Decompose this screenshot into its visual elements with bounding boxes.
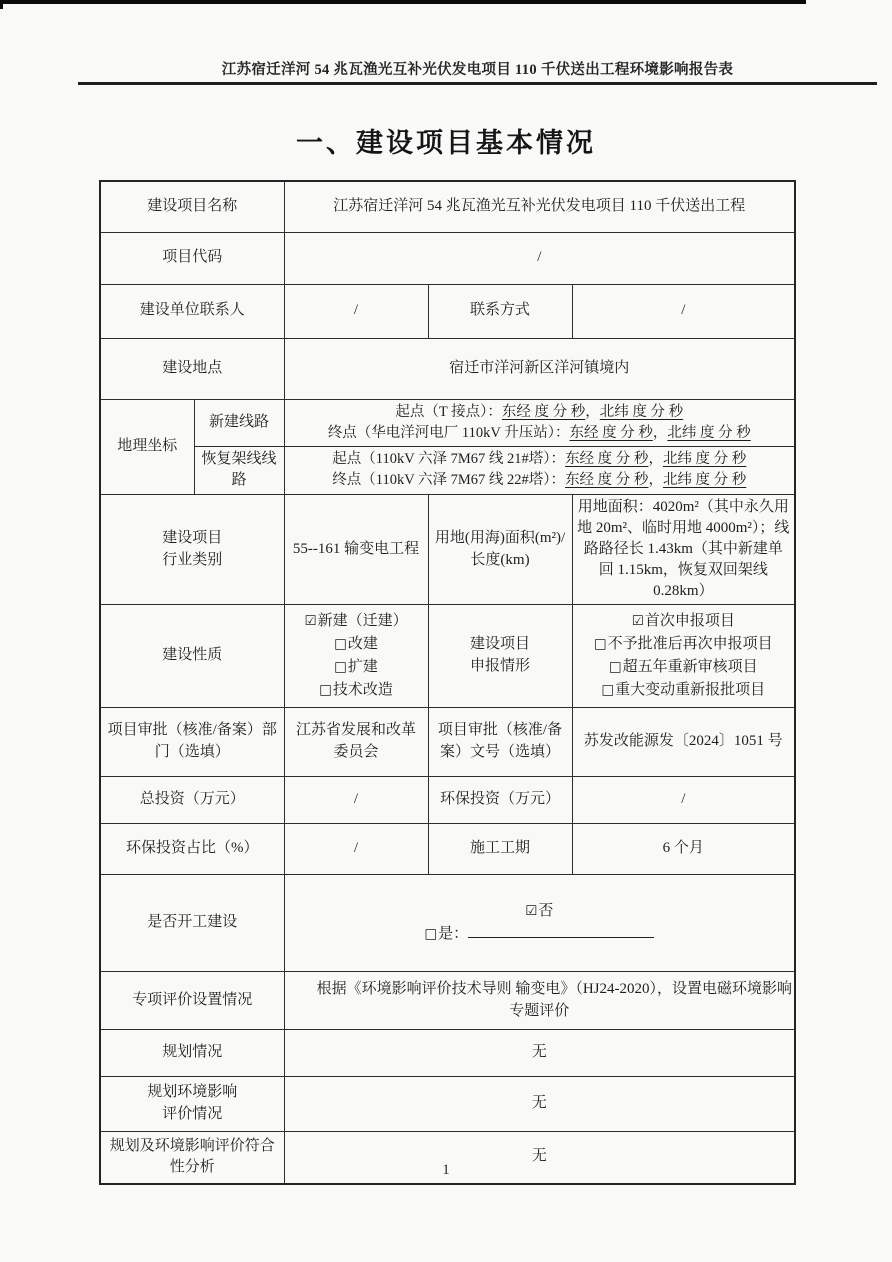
geo-newline-value: 起点（T 接点）：东经 度 分 秒，北纬 度 分 秒 终点（华电洋河电厂 110… <box>284 399 795 446</box>
env-investment-label: 环保投资（万元） <box>428 777 572 824</box>
geo-line: 起点（110kV 六泽 7M67 线 21#塔）：东经 度 分 秒，北纬 度 分… <box>291 449 789 470</box>
construction-period-value: 6 个月 <box>572 824 795 875</box>
option-expand: □扩建 <box>291 656 422 679</box>
row-geo-new-line: 地理坐标 新建线路 起点（T 接点）：东经 度 分 秒，北纬 度 分 秒 终点（… <box>100 399 795 446</box>
row-special-eval: 专项评价设置情况 根据《环境影响评价技术导则 输变电》（HJ24-2020），设… <box>100 972 795 1030</box>
land-area-value: 用地面积：4020m²（其中永久用地 20m²、临时用地 4000m²）；线路路… <box>572 495 795 605</box>
checkbox-unchecked-icon: □ <box>609 659 622 675</box>
special-eval-label: 专项评价设置情况 <box>100 972 284 1030</box>
option-tech-upgrade: □技术改造 <box>291 679 422 702</box>
project-code-value: / <box>284 232 795 284</box>
declare-options: ☑首次申报项目 □不予批准后再次申报项目 □超五年重新审核项目 □重大变动重新报… <box>572 605 795 708</box>
option-five-year: □超五年重新审核项目 <box>576 656 792 679</box>
row-geo-restore-line: 恢复架线线路 起点（110kV 六泽 7M67 线 21#塔）：东经 度 分 秒… <box>100 446 795 495</box>
option-first-declare: ☑首次申报项目 <box>576 610 792 633</box>
location-value: 宿迁市洋河新区洋河镇境内 <box>284 338 795 399</box>
row-contact: 建设单位联系人 / 联系方式 / <box>100 284 795 338</box>
option-new-build: ☑新建（迁建） <box>291 610 422 633</box>
approval-doc-label: 项目审批（核准/备案）文号（选填） <box>428 708 572 777</box>
total-investment-label: 总投资（万元） <box>100 777 284 824</box>
geo-newline-label: 新建线路 <box>194 399 284 446</box>
land-area-label: 用地(用海)面积(m²)/ 长度(km) <box>428 495 572 605</box>
geo-line: 终点（华电洋河电厂 110kV 升压站）：东经 度 分 秒，北纬 度 分 秒 <box>291 423 789 444</box>
geo-label: 地理坐标 <box>100 399 194 495</box>
industry-value: 55--161 输变电工程 <box>284 495 428 605</box>
checkbox-checked-icon: ☑ <box>304 613 316 629</box>
env-investment-value: / <box>572 777 795 824</box>
contact-person-value: / <box>284 284 428 338</box>
approval-dept-value: 江苏省发展和改革委员会 <box>284 708 428 777</box>
contact-method-label: 联系方式 <box>428 284 572 338</box>
checkbox-unchecked-icon: □ <box>594 636 607 652</box>
construction-period-label: 施工工期 <box>428 824 572 875</box>
row-industry: 建设项目 行业类别 55--161 输变电工程 用地(用海)面积(m²)/ 长度… <box>100 495 795 605</box>
location-label: 建设地点 <box>100 338 284 399</box>
total-investment-value: / <box>284 777 428 824</box>
row-location: 建设地点 宿迁市洋河新区洋河镇境内 <box>100 338 795 399</box>
contact-method-value: / <box>572 284 795 338</box>
row-project-name: 建设项目名称 江苏宿迁洋河 54 兆瓦渔光互补光伏发电项目 110 千伏送出工程 <box>100 181 795 232</box>
option-redeclare: □不予批准后再次申报项目 <box>576 633 792 656</box>
scan-artifact-left <box>0 0 3 9</box>
project-name-value: 江苏宿迁洋河 54 兆瓦渔光互补光伏发电项目 110 千伏送出工程 <box>284 181 795 232</box>
geo-restore-label: 恢复架线线路 <box>194 446 284 495</box>
checkbox-unchecked-icon: □ <box>334 659 347 675</box>
row-planning-env: 规划环境影响 评价情况 无 <box>100 1077 795 1132</box>
header-rule <box>78 82 877 85</box>
option-not-started: ☑否 <box>291 901 789 923</box>
industry-label: 建设项目 行业类别 <box>100 495 284 605</box>
row-planning: 规划情况 无 <box>100 1030 795 1077</box>
row-project-code: 项目代码 / <box>100 232 795 284</box>
declare-label: 建设项目 申报情形 <box>428 605 572 708</box>
row-investment: 总投资（万元） / 环保投资（万元） / <box>100 777 795 824</box>
contact-person-label: 建设单位联系人 <box>100 284 284 338</box>
project-name-label: 建设项目名称 <box>100 181 284 232</box>
planning-value: 无 <box>284 1030 795 1077</box>
document-header-title: 江苏宿迁洋河 54 兆瓦渔光互补光伏发电项目 110 千伏送出工程环境影响报告表 <box>78 58 877 79</box>
nature-options: ☑新建（迁建） □改建 □扩建 □技术改造 <box>284 605 428 708</box>
scan-artifact-top <box>0 0 806 4</box>
option-started: □是： <box>291 923 789 946</box>
planning-env-label: 规划环境影响 评价情况 <box>100 1077 284 1132</box>
checkbox-unchecked-icon: □ <box>319 682 332 698</box>
document-page: 江苏宿迁洋河 54 兆瓦渔光互补光伏发电项目 110 千伏送出工程环境影响报告表… <box>0 0 892 1262</box>
checkbox-checked-icon: ☑ <box>632 613 644 629</box>
option-rebuild: □改建 <box>291 633 422 656</box>
geo-line: 起点（T 接点）：东经 度 分 秒，北纬 度 分 秒 <box>291 402 789 423</box>
geo-restore-value: 起点（110kV 六泽 7M67 线 21#塔）：东经 度 分 秒，北纬 度 分… <box>284 446 795 495</box>
option-major-change: □重大变动重新报批项目 <box>576 679 792 702</box>
env-ratio-label: 环保投资占比（%） <box>100 824 284 875</box>
checkbox-unchecked-icon: □ <box>334 636 347 652</box>
checkbox-checked-icon: ☑ <box>525 903 537 919</box>
planning-label: 规划情况 <box>100 1030 284 1077</box>
geo-line: 终点（110kV 六泽 7M67 线 22#塔）：东经 度 分 秒，北纬 度 分… <box>291 470 789 491</box>
checkbox-unchecked-icon: □ <box>424 926 437 942</box>
checkbox-unchecked-icon: □ <box>601 682 614 698</box>
row-nature: 建设性质 ☑新建（迁建） □改建 □扩建 □技术改造 建设项目 申报情形 ☑首次… <box>100 605 795 708</box>
row-ratio: 环保投资占比（%） / 施工工期 6 个月 <box>100 824 795 875</box>
env-ratio-value: / <box>284 824 428 875</box>
row-approval: 项目审批（核准/备案）部门（选填） 江苏省发展和改革委员会 项目审批（核准/备案… <box>100 708 795 777</box>
approval-dept-label: 项目审批（核准/备案）部门（选填） <box>100 708 284 777</box>
section-title: 一、建设项目基本情况 <box>0 121 892 160</box>
project-code-label: 项目代码 <box>100 232 284 284</box>
special-eval-value: 根据《环境影响评价技术导则 输变电》（HJ24-2020），设置电磁环境影响专题… <box>284 972 795 1030</box>
approval-doc-value: 苏发改能源发〔2024〕1051 号 <box>572 708 795 777</box>
project-info-table: 建设项目名称 江苏宿迁洋河 54 兆瓦渔光互补光伏发电项目 110 千伏送出工程… <box>99 180 796 1185</box>
page-number: 1 <box>0 1162 892 1179</box>
started-label: 是否开工建设 <box>100 875 284 972</box>
nature-label: 建设性质 <box>100 605 284 708</box>
started-value: ☑否 □是： <box>284 875 795 972</box>
row-started: 是否开工建设 ☑否 □是： <box>100 875 795 972</box>
blank-underline <box>468 923 654 938</box>
planning-env-value: 无 <box>284 1077 795 1132</box>
